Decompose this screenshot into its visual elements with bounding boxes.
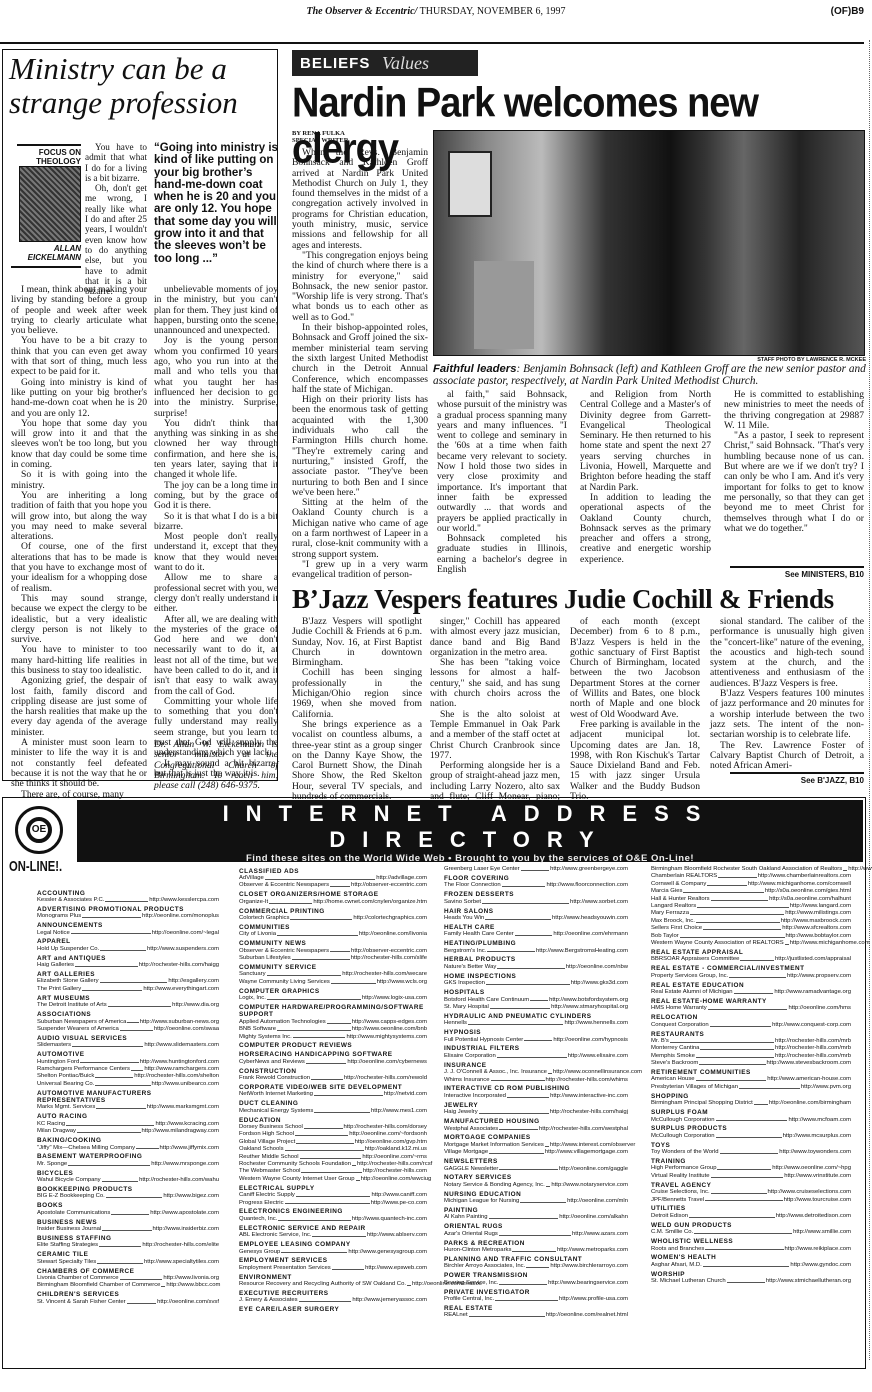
- business-url-link[interactable]: http://www.michiganhome.com/cornwell: [748, 881, 851, 888]
- paragraph: sional standard. The caliber of the perf…: [710, 617, 864, 689]
- leader-dots: [111, 1210, 149, 1215]
- business-name: Bearing Service, Inc.: [444, 1280, 498, 1287]
- business-name: Ramchargers Performance Centers: [37, 1066, 130, 1073]
- business-url-link[interactable]: http://www.capps-edges.com: [352, 1019, 427, 1026]
- directory-category: PLANNING AND TRAFFIC CONSULTANT: [444, 1256, 628, 1263]
- leader-dots: [301, 1168, 361, 1173]
- business-name: Livonia Chamber of Commerce: [37, 1275, 119, 1282]
- business-url-link[interactable]: http://www.specialtytiles.com: [144, 1259, 219, 1266]
- column-title: Ministry can be a strange profession: [3, 50, 277, 120]
- online-label: ON-LINE!.: [9, 858, 62, 875]
- directory-entry: Nature's Better Wayhttp://oeonline.com/n…: [444, 964, 628, 971]
- business-url-link[interactable]: http://www.kesslercpa.com: [149, 897, 219, 904]
- leader-dots: [697, 903, 789, 908]
- leader-dots: [131, 1066, 143, 1071]
- directory-entry: Full Potential Hypnosis Centerhttp://oeo…: [444, 1037, 628, 1044]
- directory-entry: Stewart Specialty Tileshttp://www.specia…: [37, 1259, 219, 1266]
- directory-entry: Quantech, Inc.http://www.quantech-inc.co…: [239, 1216, 427, 1223]
- business-url-link[interactable]: http://oeonline.com/realnet.html: [546, 1312, 628, 1319]
- directory-category: COMMUNITY NEWS: [239, 940, 427, 947]
- business-name: Bergstrom's Inc.: [444, 948, 486, 955]
- business-url-link[interactable]: http://www.livonia.org: [163, 1275, 219, 1282]
- business-url-link[interactable]: http://www.wcls.org: [377, 979, 427, 986]
- directory-category: PARKS & RECREATION: [444, 1240, 628, 1247]
- business-url-link[interactable]: http://www.gks3d.com: [571, 980, 628, 987]
- directory-category: APPAREL: [37, 938, 219, 945]
- story2-headline: B’Jazz Vespers features Judie Cochill & …: [292, 584, 867, 614]
- business-url-link[interactable]: http://www.hennells.com: [564, 1020, 628, 1027]
- leader-dots: [705, 1197, 783, 1202]
- business-url-link[interactable]: http://www.insiderbiz.com: [153, 1226, 219, 1233]
- business-url-link[interactable]: http://oeonline.com/alkahn: [559, 1214, 628, 1221]
- leader-dots: [80, 1059, 139, 1064]
- leader-dots: [486, 980, 570, 985]
- paragraph: of each month (except December) from 6 t…: [570, 617, 700, 720]
- directory-entry: Memphis Smokehttp://rochester-hills.com/…: [651, 1053, 851, 1060]
- business-name: Haig Jewelry: [444, 1109, 478, 1116]
- business-url-link[interactable]: http://rochester-hills.com/wecare: [342, 971, 427, 978]
- paragraph: and Religion from North Central College …: [580, 390, 711, 493]
- story2-jump[interactable]: See B'JAZZ, B10: [730, 772, 864, 785]
- business-url-link[interactable]: http://www.pe-co.com: [371, 1200, 427, 1207]
- directory-category: HOSPITALS: [444, 989, 628, 996]
- business-url-link[interactable]: http://www.epsweb.com: [365, 1265, 427, 1272]
- directory-category: FROZEN DESSERTS: [444, 891, 628, 898]
- business-name: Bob Taylor: [651, 933, 679, 940]
- directory-entry: Elizabeth Stone Galleryhttp://esgallery.…: [37, 978, 219, 985]
- directory-entry: Slidemastershttp://www.slidemasters.com: [37, 1042, 219, 1049]
- directory-category: HERBAL PRODUCTS: [444, 956, 628, 963]
- business-url-link[interactable]: http://rochester-hills.com/rewold: [344, 1075, 427, 1082]
- business-url-link[interactable]: http://www.interest.com/observer: [550, 1142, 635, 1149]
- business-name: Elite Staffing Strategies: [37, 1242, 98, 1249]
- business-url-link[interactable]: http://home.cwnet.com/cnylen/organize.ht…: [313, 899, 427, 906]
- leader-dots: [718, 873, 756, 878]
- business-url-link[interactable]: http://oeonline.com/cybernews: [347, 1059, 427, 1066]
- directory-entry: Marks Mgmt. Serviceshttp://www.marksmgmt…: [37, 1104, 219, 1111]
- business-url-link[interactable]: http://www.mcsurplus.com: [783, 1133, 851, 1140]
- leader-dots: [68, 1161, 150, 1166]
- business-url-link[interactable]: http://www.detroitedison.com: [776, 1213, 851, 1220]
- business-url-link[interactable]: http://www.milandragway.com: [142, 1128, 219, 1135]
- business-url-link[interactable]: http://www.stmaryhospital.org: [551, 1004, 628, 1011]
- business-url-link[interactable]: http://www.azars.com: [572, 1231, 628, 1238]
- business-url-link[interactable]: http://oeonline.com/mln: [567, 1198, 628, 1205]
- business-url-link[interactable]: http://oeonline.com/livonia: [359, 931, 427, 938]
- business-name: Botsford Health Care Continuum: [444, 997, 529, 1004]
- business-url-link[interactable]: http://www.notaryservice.com: [551, 1182, 628, 1189]
- directory-category: FLOOR COVERING: [444, 875, 628, 882]
- leader-dots: [699, 1060, 765, 1065]
- business-url-link[interactable]: http://www.oconnellinsurance.com: [553, 1069, 642, 1076]
- paragraph: You didn't think that anything was sinki…: [154, 419, 278, 481]
- business-name: The Print Gallery: [37, 986, 81, 993]
- business-url-link[interactable]: http://esgallery.com: [168, 978, 219, 985]
- directory-entry: Interactive Incorporatedhttp://www.inter…: [444, 1093, 628, 1100]
- business-url-link[interactable]: http://www.botsfordsystem.org: [549, 997, 628, 1004]
- business-url-link[interactable]: http://www.conquest-corp.com: [772, 1022, 851, 1029]
- directory-category: COMPUTER PRODUCT REVIEWS: [239, 1042, 427, 1049]
- business-url-link[interactable]: http://www.langard.com: [790, 903, 851, 910]
- business-url-link[interactable]: http://oeonline.com/gvp.htm: [355, 1139, 427, 1146]
- business-url-link[interactable]: http://www.slidemasters.com: [144, 1042, 219, 1049]
- business-url-link[interactable]: http://www.huntingtonford.com: [140, 1059, 219, 1066]
- business-url-link[interactable]: http://oeonline.com/wwciug: [361, 1176, 432, 1183]
- directory-category: COMPUTER GRAPHICS: [239, 988, 427, 995]
- directory-entry: Heads You Winhttp://www.headsyouwin.com: [444, 915, 628, 922]
- business-name: Nature's Better Way: [444, 964, 496, 971]
- leader-dots: [95, 1081, 150, 1086]
- directory-entry: Toy Wonders of the Worldhttp://www.toywo…: [651, 1149, 851, 1156]
- directory-entry: The Webmaster Schoolhttp://rochester-hil…: [239, 1168, 427, 1175]
- leader-dots: [136, 1145, 159, 1150]
- business-url-link[interactable]: http://www.mes1.com: [371, 1108, 427, 1115]
- business-url-link[interactable]: http://www.ramchargers.com: [144, 1066, 219, 1073]
- paragraph: Oh, don't get me wrong, I really like wh…: [85, 183, 147, 296]
- column-text-1a: You have to admit that what I do for a l…: [85, 142, 147, 296]
- business-name: Conquest Corporation: [651, 1022, 709, 1029]
- business-url-link[interactable]: http://oakland.k12.mi.us: [365, 1146, 427, 1153]
- paragraph: Most people don't really understand it, …: [154, 532, 278, 573]
- business-url-link[interactable]: http://www.gyndoc.com: [790, 1262, 851, 1269]
- business-url-link[interactable]: http://oeonline.com/hypnosis: [553, 1037, 628, 1044]
- directory-entry: Progress Electrichttp://www.pe-co.com: [239, 1200, 427, 1207]
- business-url-link[interactable]: http://s0a.oeonline.com/gies.html: [765, 888, 851, 895]
- business-url-link[interactable]: http://www.jemeryassoc.com: [352, 1297, 427, 1304]
- business-url-link[interactable]: http://advillage.com: [376, 875, 427, 882]
- business-name: "Jiffy" Mix—Chelsea Milling Company: [37, 1145, 135, 1152]
- business-name: McCullough Corporation: [651, 1133, 715, 1140]
- leader-dots: [278, 1216, 350, 1221]
- directory-entry: Elite Staffing Strategieshttp://rocheste…: [37, 1242, 219, 1249]
- leader-dots: [502, 882, 546, 887]
- directory-category: CHILDREN'S SERVICES: [37, 1291, 219, 1298]
- leader-dots: [546, 1182, 551, 1187]
- directory-entry: Sanctuaryhttp://rochester-hills.com/weca…: [239, 971, 427, 978]
- business-url-link[interactable]: http://www.birchlerarroyo.com: [550, 1263, 628, 1270]
- leader-dots: [548, 1069, 552, 1074]
- business-name: Suburban Newspapers of America: [37, 1019, 126, 1026]
- business-url-link[interactable]: http://www.mightysystems.com: [346, 1034, 427, 1041]
- directory-entry: Mr. Spongehttp://www.mrsponge.com: [37, 1161, 219, 1168]
- leader-dots: [495, 1296, 558, 1301]
- directory-category: SURPLUS PRODUCTS: [651, 1125, 851, 1132]
- business-url-link[interactable]: http://www.oeonline.com/~hpg: [772, 1165, 851, 1172]
- business-url-link[interactable]: http://rochester-hills.com/westphal: [539, 1126, 628, 1133]
- business-url-link[interactable]: http://www.maxbroock.com: [781, 918, 851, 925]
- directory-entry: The Detroit Institute of Artshttp://www.…: [37, 1002, 219, 1009]
- business-url-link[interactable]: http://oeonline.com/svsf: [157, 1299, 219, 1306]
- business-url-link[interactable]: http://www.metroparks.com: [557, 1247, 628, 1254]
- business-name: Organize-It: [239, 899, 268, 906]
- leader-dots: [487, 948, 535, 953]
- leader-dots: [754, 1100, 768, 1105]
- business-url-link[interactable]: http://www.mrsponge.com: [151, 1161, 219, 1168]
- directory-category: ELECTRONICS ENGINEERING: [239, 1208, 427, 1215]
- business-name: Observer & Eccentric Newspapers: [239, 948, 329, 955]
- business-url-link[interactable]: http://rochester-hills.com/wahu: [139, 1177, 219, 1184]
- leader-dots: [489, 1214, 559, 1219]
- business-url-link[interactable]: http://oeonline.com/hms: [788, 1005, 851, 1012]
- business-url-link[interactable]: http://oeonline.com/swaa: [154, 1026, 219, 1033]
- directory-entry: Shelton Pontiac/Buickhttp://rochester-hi…: [37, 1073, 219, 1080]
- leader-dots: [290, 915, 352, 920]
- business-url-link[interactable]: http://www.caniff.com: [371, 1192, 427, 1199]
- leader-dots: [727, 1278, 765, 1283]
- directory-category: COMMUNITY SERVICE: [239, 964, 427, 971]
- directory-entry: Genesys Grouphttp://www.genesysgroup.com: [239, 1249, 427, 1256]
- business-url-link[interactable]: http://rochester-hills.com/haigj: [550, 1109, 628, 1116]
- business-name: KC Racing: [37, 1121, 65, 1128]
- directory-entry: Logix, Inc.http://www.logix-usa.com: [239, 995, 427, 1002]
- business-url-link[interactable]: http://www.cruiseselections.com: [768, 1189, 851, 1196]
- business-url-link[interactable]: http://www.interactive-inc.com: [550, 1093, 628, 1100]
- directory-entry: Suburban Newspapers of Americahttp://www…: [37, 1019, 219, 1026]
- business-url-link[interactable]: http://rochester-hills.com/slife: [351, 955, 427, 962]
- business-name: Employment Presentation Services: [239, 1265, 331, 1272]
- business-url-link[interactable]: http://www.dia.org: [172, 1002, 219, 1009]
- leader-dots: [711, 896, 769, 901]
- story2-col4: sional standard. The caliber of the perf…: [710, 617, 864, 771]
- story1-jump[interactable]: See MINISTERS, B10: [730, 566, 864, 579]
- business-name: Steve's Backroom: [651, 1060, 698, 1067]
- business-url-link[interactable]: http://www.everythingart.com: [143, 986, 219, 993]
- business-name: Kessler & Associates P.C.: [37, 897, 104, 904]
- directory-entry: Applied Automation Technologieshttp://ww…: [239, 1019, 427, 1026]
- business-url-link[interactable]: http://www.milistings.com: [785, 910, 851, 917]
- directory-entry: Insider Business Journalhttp://www.insid…: [37, 1226, 219, 1233]
- business-url-link[interactable]: http://oeonline.com/~fordsonh: [349, 1131, 427, 1138]
- business-url-link[interactable]: http://www.american-house.com: [767, 1076, 851, 1083]
- directory-entry: Wayne Community Living Serviceshttp://ww…: [239, 979, 427, 986]
- leader-dots: [489, 1149, 544, 1154]
- business-name: Suburban Lifestyles: [239, 955, 291, 962]
- business-url-link[interactable]: http://www.mcfoam.com: [788, 1117, 851, 1124]
- directory-category: RELOCATION: [651, 1014, 851, 1021]
- business-url-link[interactable]: http://www.unibearco.com: [152, 1081, 219, 1088]
- paragraph: She is the alto soloist at Temple Emmanu…: [430, 710, 560, 761]
- business-url-link[interactable]: http://www.villagemortgage.com: [545, 1149, 628, 1156]
- leader-dots: [71, 930, 151, 935]
- directory-category: INTERACTIVE CD ROM PUBLISHING: [444, 1085, 628, 1092]
- business-url-link[interactable]: http://www.bigez.com: [163, 1193, 219, 1200]
- business-url-link[interactable]: http://www.stevesbackroom.com: [767, 1060, 851, 1067]
- business-name: Whims Insurance: [444, 1077, 490, 1084]
- business-url-link[interactable]: http://oeonline.com/gaggle: [559, 1166, 628, 1173]
- business-name: Chamberlain REALTORS: [651, 873, 717, 880]
- business-url-link[interactable]: http://netvid.com: [384, 1091, 427, 1098]
- business-url-link[interactable]: http://www.ramadvantage.org: [774, 989, 851, 996]
- directory-entry: Virtual Reality Institutehttp://www.vrin…: [651, 1173, 851, 1180]
- business-name: Frank Rewold Construction: [239, 1075, 310, 1082]
- business-url-link[interactable]: http://www.propserv.com: [787, 973, 851, 980]
- directory-category: REAL ESTATE EDUCATION: [651, 982, 851, 989]
- leader-dots: [75, 962, 138, 967]
- business-url-link[interactable]: http://oeonline.com/birmingham: [769, 1100, 851, 1107]
- byline-role: SPECIAL WRITER: [292, 137, 422, 144]
- story2-col3: of each month (except December) from 6 t…: [570, 617, 700, 823]
- business-url-link[interactable]: http://www.jiffymix.com: [160, 1145, 219, 1152]
- leader-dots: [710, 1022, 771, 1027]
- business-url-link[interactable]: http://www.toywonders.com: [779, 1149, 851, 1156]
- paragraph: So it is with going into the ministry.: [11, 470, 147, 491]
- paragraph: In addition to leading the operational a…: [580, 493, 711, 565]
- business-name: Oakland Schools: [239, 1146, 284, 1153]
- leader-dots: [545, 1142, 549, 1147]
- business-url-link[interactable]: http://www.headsyouwin.com: [552, 915, 628, 922]
- leader-dots: [468, 1020, 564, 1025]
- business-url-link[interactable]: http://oeonline.com/~legal: [152, 930, 219, 937]
- business-url-link[interactable]: http://www.sorbet.com: [570, 899, 628, 906]
- directory-entry: Notary Service & Bonding Agency, Inc.htt…: [444, 1182, 628, 1189]
- leader-dots: [120, 1026, 153, 1031]
- business-name: Shelton Pontiac/Buick: [37, 1073, 94, 1080]
- paragraph: Free parking is available in the adjacen…: [570, 720, 700, 802]
- directory-entry: Mighty Systems Inc.http://www.mightysyst…: [239, 1034, 427, 1041]
- business-url-link[interactable]: http://www.pvm.org: [801, 1084, 851, 1091]
- business-url-link[interactable]: http://rochester-hills.com/shelton: [134, 1073, 219, 1080]
- business-url-link[interactable]: http://www.floorconnection.com: [546, 882, 628, 889]
- business-url-link[interactable]: http://colortechgraphics.com: [353, 915, 427, 922]
- directory-entry: The Floor Connectionhttp://www.floorconn…: [444, 882, 628, 889]
- business-name: Full Potential Hypnosis Center: [444, 1037, 523, 1044]
- business-url-link[interactable]: http://www.oeonline.com/bnb: [352, 1026, 427, 1033]
- business-url-link[interactable]: http://www.tourcruise.com: [784, 1197, 851, 1204]
- business-url-link[interactable]: http://www.stmichaellutheran.org: [766, 1278, 851, 1285]
- business-name: GAGGLE Newsletter: [444, 1166, 498, 1173]
- directory-entry: High Performance Grouphttp://www.oeonlin…: [651, 1165, 851, 1172]
- directory-entry: Wahul Bicycle Companyhttp://rochester-hi…: [37, 1177, 219, 1184]
- business-url-link[interactable]: http://www.suspenders.com: [147, 946, 219, 953]
- business-url-link[interactable]: http://www.sfcrealtors.com: [782, 925, 851, 932]
- business-url-link[interactable]: http://www.elixaire.com: [568, 1053, 628, 1060]
- directory-entry: Western Wayne County Association of REAL…: [651, 940, 851, 947]
- directory-entry: Frank Rewold Constructionhttp://rocheste…: [239, 1075, 427, 1082]
- business-url-link[interactable]: http://www.bearingservice.com: [548, 1280, 628, 1287]
- business-name: St. Mary Hospital: [444, 1004, 489, 1011]
- leader-dots: [269, 899, 312, 904]
- business-name: Notary Service & Bonding Agency, Inc.: [444, 1182, 545, 1189]
- business-url-link[interactable]: http://rochester-hills.com/rcsf: [357, 1161, 432, 1168]
- directory-category: PRIVATE INVESTIGATOR: [444, 1289, 628, 1296]
- directory-entry: Marcia Gieshttp://s0a.oeonline.com/gies.…: [651, 888, 851, 895]
- directory-category: REAL ESTATE - COMMERCIAL/INVESTMENT: [651, 965, 851, 972]
- business-url-link[interactable]: http://www.greenbergeye.com: [550, 866, 628, 873]
- directory-category: CERAMIC TILE: [37, 1251, 219, 1258]
- leader-dots: [106, 1193, 163, 1198]
- business-name: City of Livonia: [239, 931, 276, 938]
- business-url-link[interactable]: http://www.chamberlainrealtors.com: [758, 873, 851, 880]
- leader-dots: [670, 1038, 774, 1043]
- paragraph: "As a pastor, I seek to represent Christ…: [724, 431, 864, 534]
- business-name: Progress Electric: [239, 1200, 284, 1207]
- directory-entry: Colortech Graphicshttp://colortechgraphi…: [239, 915, 427, 922]
- directory-entry: Greenberg Laser Eye Centerhttp://www.gre…: [444, 866, 628, 873]
- business-url-link[interactable]: http://www.suburban-news.org: [140, 1019, 219, 1026]
- business-url-link[interactable]: http://observer-eccentric.com: [351, 948, 427, 955]
- business-name: Slidemasters: [37, 1042, 71, 1049]
- leader-dots: [521, 866, 549, 871]
- business-url-link[interactable]: http://oeonline.com/nbw: [566, 964, 628, 971]
- business-url-link[interactable]: http://www.reikiplace.com: [785, 1246, 851, 1253]
- business-url-link[interactable]: http://rochester-hills.com/mrb: [775, 1038, 851, 1045]
- directory-category: BASEMENT WATERPROOFING: [37, 1153, 219, 1160]
- business-url-link[interactable]: http://www.michiganhome.com: [790, 940, 870, 947]
- business-url-link[interactable]: http://rochester-hills.com/dorsey: [344, 1124, 427, 1131]
- business-url-link[interactable]: http://rochester-hills.com/whims: [546, 1077, 629, 1084]
- directory-category: COMPUTER HARDWARE/PROGRAMMING/SOFTWARE S…: [239, 1004, 427, 1019]
- directory-entry: REALnethttp://oeonline.com/realnet.html: [444, 1312, 628, 1319]
- business-name: Al Kahn Painting: [444, 1214, 488, 1221]
- directory-category: NOTARY SERVICES: [444, 1174, 628, 1181]
- business-url-link[interactable]: http://www.justlisted.com: [848, 866, 872, 873]
- business-url-link[interactable]: http://www.quantech-inc.com: [352, 1216, 427, 1223]
- business-name: Stewart Specialty Tiles: [37, 1259, 96, 1266]
- business-url-link[interactable]: http://www.genesysgroup.com: [348, 1249, 427, 1256]
- directory-entry: Resource Recovery and Recycling Authorit…: [239, 1281, 427, 1288]
- business-url-link[interactable]: http://rochester-hills.com/haigg: [139, 962, 219, 969]
- business-url-link[interactable]: http://www.BergstromsHeating.com: [536, 948, 628, 955]
- leader-dots: [729, 973, 786, 978]
- business-url-link[interactable]: http://www.smillie.com: [793, 1229, 851, 1236]
- business-url-link[interactable]: http://www.profile-usa.com: [559, 1296, 628, 1303]
- business-name: Toy Wonders of the World: [651, 1149, 719, 1156]
- directory-entry: Cruise Selections, Inc.http://www.cruise…: [651, 1189, 851, 1196]
- opinion-column: Ministry can be a strange profession FOC…: [2, 49, 278, 781]
- business-url-link[interactable]: http://oeonline.com/~rms: [362, 1154, 427, 1161]
- story1-col4: He is committed to establishing new mini…: [724, 390, 864, 534]
- business-url-link[interactable]: http://www.apostolate.com: [150, 1210, 219, 1217]
- business-url-link[interactable]: http://rochester-hills.com: [363, 1168, 427, 1175]
- photo-door: [474, 261, 534, 349]
- directory-entry: Azar's Oriental Rugshttp://www.azars.com: [444, 1231, 628, 1238]
- business-name: Asghar Afsari, M.D.: [651, 1262, 702, 1269]
- business-url-link[interactable]: http://rochester-hills.com/elite: [142, 1242, 219, 1249]
- business-url-link[interactable]: http://rochester-hills.com/mrb: [775, 1045, 851, 1052]
- business-url-link[interactable]: http://rochester-hills.com/mrb: [775, 1053, 851, 1060]
- business-url-link[interactable]: http://www.bbcc.com: [166, 1282, 220, 1289]
- directory-category: ELECTRICAL SUPPLY: [239, 1185, 427, 1192]
- section-label-beliefs: BELIEFS: [300, 55, 370, 72]
- directory-category: WORSHIP: [651, 1271, 851, 1278]
- leader-dots: [700, 1045, 774, 1050]
- business-url-link[interactable]: http://www.bobtaylor.com: [786, 933, 851, 940]
- business-url-link[interactable]: http://www.kcracing.com: [155, 1121, 219, 1128]
- business-url-link[interactable]: http://www.marksmgmt.com: [147, 1104, 219, 1111]
- masthead: The Observer & Eccentric/ THURSDAY, NOVE…: [0, 0, 872, 28]
- directory-category: REAL ESTATE-HOME WARRANTY: [651, 998, 851, 1005]
- business-name: BIG E-Z Bookkeeping Co.: [37, 1193, 105, 1200]
- directory-column-1: ACCOUNTINGKessler & Associates P.C.http:…: [37, 888, 219, 1306]
- business-url-link[interactable]: http://www.logix-usa.com: [362, 995, 427, 1002]
- paragraph: Joy is the young person whom you confirm…: [154, 336, 278, 418]
- business-url-link[interactable]: http://www.vrinstitute.com: [784, 1173, 851, 1180]
- business-url-link[interactable]: http://observer-eccentric.com: [351, 882, 427, 889]
- business-url-link[interactable]: http://s0a.oeonline.com/halhunt: [769, 896, 851, 903]
- directory-category: ANNOUNCEMENTS: [37, 922, 219, 929]
- business-url-link[interactable]: http://justlisted.com/appraisal: [775, 956, 851, 963]
- leader-dots: [102, 1177, 138, 1182]
- directory-entry: BNB Softwarehttp://www.oeonline.com/bnb: [239, 1026, 427, 1033]
- business-name: Presbyterian Villages of Michigan: [651, 1084, 738, 1091]
- directory-entry: Chamberlain REALTORShttp://www.chamberla…: [651, 873, 851, 880]
- business-url-link[interactable]: http://oeonline.com/monoplus: [142, 913, 219, 920]
- business-name: McCullough Corporation: [651, 1117, 715, 1124]
- business-url-link[interactable]: http://oeonline.com/ehrmann: [553, 931, 628, 938]
- paragraph: You are inheriting a long tradition of f…: [11, 491, 147, 542]
- business-url-link[interactable]: http://www.ablserv.com: [367, 1232, 427, 1239]
- directory-entry: Hennellshttp://www.hennells.com: [444, 1020, 628, 1027]
